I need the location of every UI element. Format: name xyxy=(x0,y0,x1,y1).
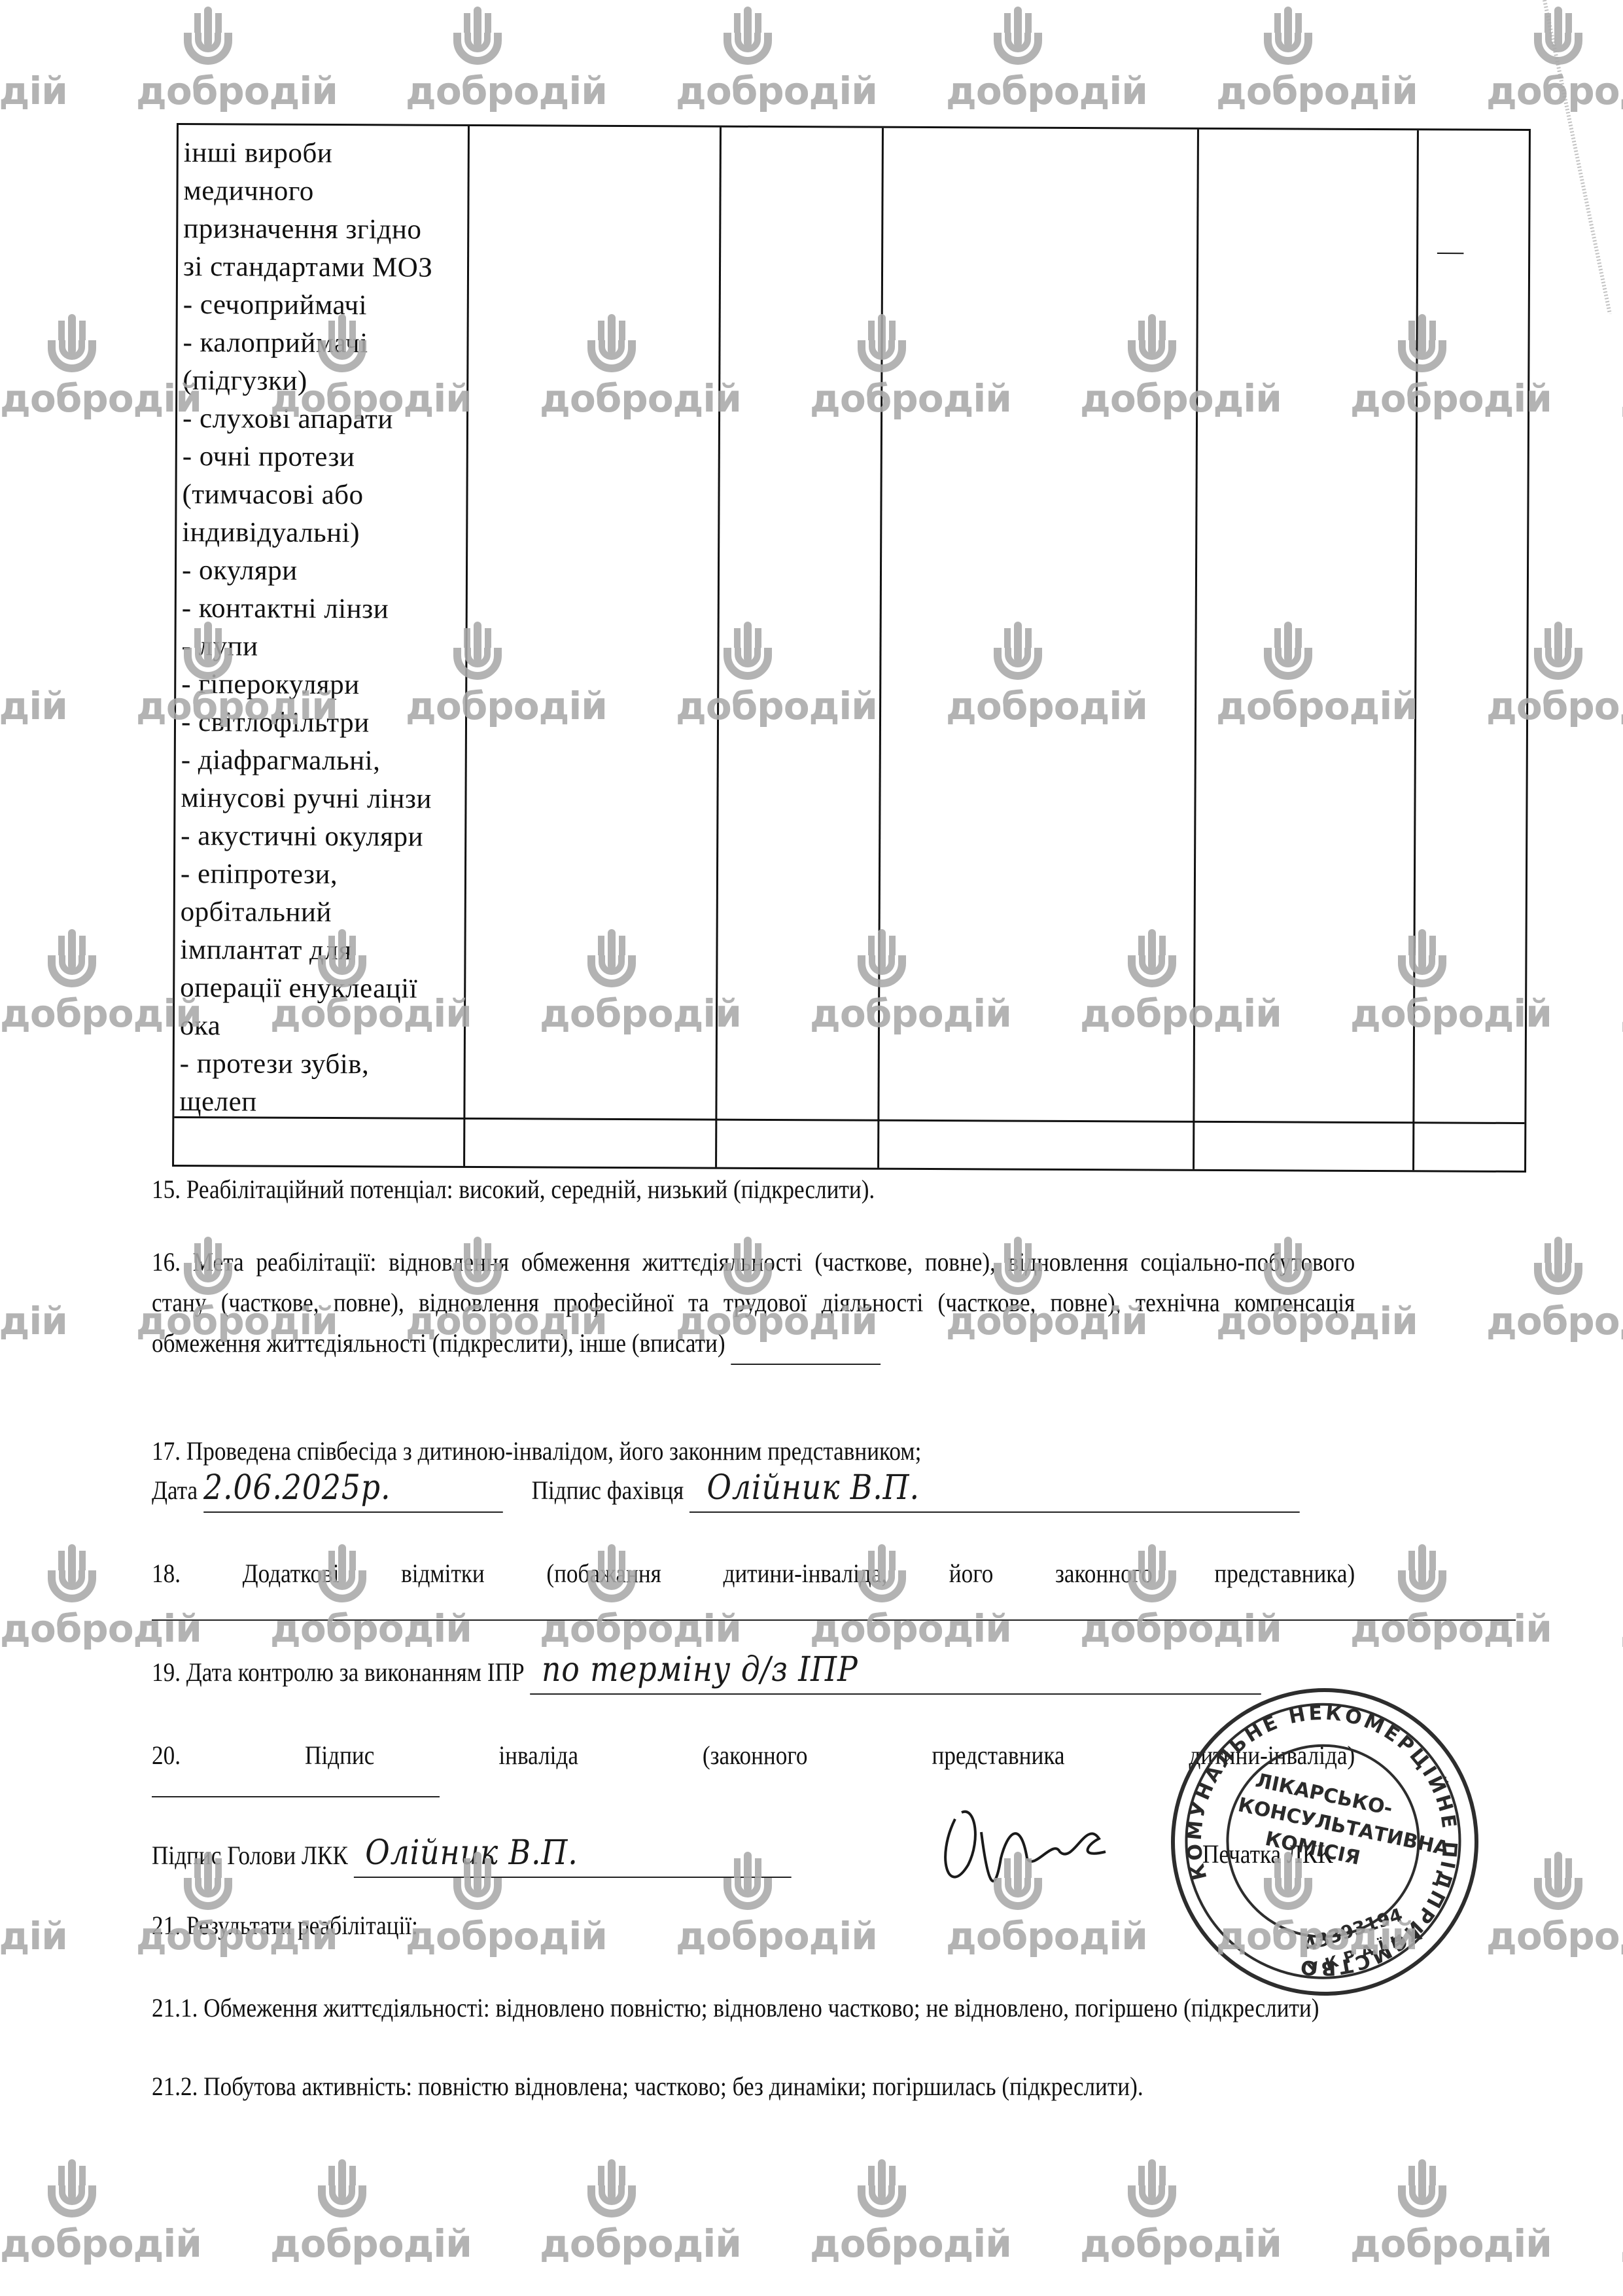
watermark-logo: добродій xyxy=(270,2159,414,2263)
watermark-logo: добродій xyxy=(1216,7,1360,110)
watermark-logo: добродій xyxy=(1350,1544,1494,1648)
watermark-logo: добродій xyxy=(1620,1544,1623,1648)
control-date-field[interactable]: по терміну д/з ІПР xyxy=(530,1649,1261,1695)
section-17-date-sign-row: Дата 2.06.2025р. Підпис фахівця Олійник … xyxy=(152,1467,1355,1513)
watermark-logo: добродій xyxy=(1486,1237,1623,1340)
official-stamp: КОМУНАЛЬНЕ НЕКОМЕРЦІЙНЕ ПІДПРИЄМСТВО ЛІК… xyxy=(1131,1648,1518,2036)
section-20-signature-field[interactable] xyxy=(152,1796,440,1797)
head-signature-value: Олійник В.П. xyxy=(365,1833,578,1873)
table-column-divider xyxy=(1412,130,1419,1170)
table-cell-device-list: інші вироби медичного призначення згідно… xyxy=(179,134,472,1122)
watermark-logo: добродій xyxy=(1620,314,1623,417)
control-date-value: по терміну д/з ІПР xyxy=(542,1650,858,1689)
watermark-logo: добродій xyxy=(540,2159,684,2263)
section-17-interview: 17. Проведена співбесіда з дитиною-інвал… xyxy=(152,1430,1355,1472)
section-16-rehab-goal: 16. Мета реабілітації: відновлення обмеж… xyxy=(152,1242,1355,1365)
table-column-divider xyxy=(877,128,884,1168)
watermark-logo: добродій xyxy=(0,2159,144,2263)
section-18-notes-field[interactable] xyxy=(152,1619,1516,1621)
watermark-logo: добродій xyxy=(0,622,10,725)
watermark-logo: добродій xyxy=(406,7,550,110)
watermark-logo: добродій xyxy=(0,929,144,1033)
table-column-divider xyxy=(715,128,722,1167)
section-21-results: 21. Результати реабілітації: xyxy=(152,1904,1355,1947)
table-column-1 xyxy=(174,125,179,1165)
scan-artifact xyxy=(1538,0,1616,314)
watermark-logo: добродій xyxy=(136,7,280,110)
section-21-1-life-limitation: 21.1. Обмеження життєдіяльності: відновл… xyxy=(152,1989,1355,2027)
specialist-signature-value: Олійник В.П. xyxy=(707,1468,919,1508)
date-field[interactable]: 2.06.2025р. xyxy=(203,1467,503,1513)
section-21-2-household-activity: 21.2. Побутова активність: повністю відн… xyxy=(152,2068,1355,2106)
watermark-logo: добродій xyxy=(0,1237,10,1340)
watermark-logo: добродій xyxy=(1350,2159,1494,2263)
watermark-logo: добродій xyxy=(810,2159,954,2263)
watermark-logo: добродій xyxy=(1080,2159,1224,2263)
watermark-logo: добродій xyxy=(0,314,144,417)
table-column-divider xyxy=(1193,130,1199,1169)
date-value: 2.06.2025р. xyxy=(203,1468,391,1508)
head-signature-field[interactable]: Олійник В.П. xyxy=(354,1832,792,1878)
section-18-additional-notes: 18. Додаткові відмітки (побажання дитини… xyxy=(152,1552,1355,1595)
specialist-signature-label: Підпис фахівця xyxy=(532,1475,684,1505)
section-16-other-label: (вписати) xyxy=(632,1328,725,1358)
watermark-logo: добродій xyxy=(1620,929,1623,1033)
table-cell-empty-dash: — xyxy=(1437,235,1463,266)
section-19-control-date: 19. Дата контролю за виконанням ІПР по т… xyxy=(152,1649,1355,1695)
date-label: Дата xyxy=(152,1475,198,1505)
head-signature-label: Підпис Голови ЛКК xyxy=(152,1841,348,1870)
watermark-logo: добродій xyxy=(0,1852,10,1955)
watermark-logo: добродій xyxy=(1620,2159,1623,2263)
watermark-logo: добродій xyxy=(0,7,10,110)
specialist-signature-field[interactable]: Олійник В.П. xyxy=(689,1467,1300,1513)
watermark-logo: добродій xyxy=(946,7,1090,110)
section-16-other-field[interactable] xyxy=(731,1323,881,1365)
watermark-logo: добродій xyxy=(0,1544,144,1648)
assistive-devices-table: інші вироби медичного призначення згідно… xyxy=(172,123,1531,1173)
watermark-logo: добродій xyxy=(676,7,820,110)
control-date-label: 19. Дата контролю за виконанням ІПР xyxy=(152,1657,525,1687)
signature-scribble xyxy=(929,1780,1138,1911)
section-15-rehab-potential: 15. Реабілітаційний потенціал: високий, … xyxy=(152,1168,1355,1210)
